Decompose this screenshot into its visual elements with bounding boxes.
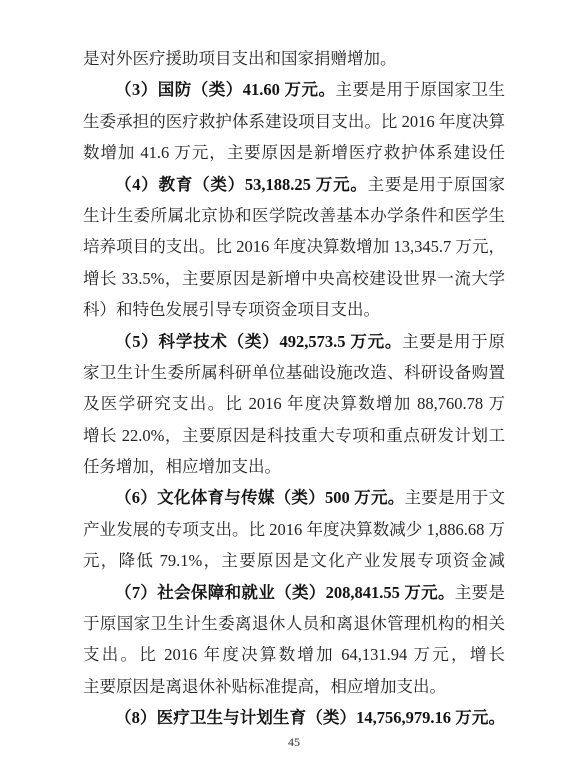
paragraph-text: 培养项目的支出。比 2016 年度决算数增加 13,345.7 万元，: [83, 237, 505, 256]
paragraph-text: 产业发展的专项支出。比 2016 年度决算数减少 1,886.68 万: [83, 520, 505, 539]
text-line: 生委承担的医疗救护体系建设项目支出。比 2016 年度决算: [83, 106, 505, 137]
paragraph-text: 主要原因是离退休补贴标准提高，相应增加支出。: [83, 677, 446, 696]
paragraph-lead: （7）社会保障和就业（类）208,841.55 万元。: [115, 583, 455, 602]
text-line: 科）和特色发展引导专项资金项目支出。: [83, 294, 505, 325]
text-line: 支出。比 2016 年度决算数增加 64,131.94 万元，增长 44.3%，: [83, 639, 505, 670]
paragraph-text: 增长 22.0%，主要原因是科技重大专项和重点研发计划工作: [83, 426, 505, 451]
text-line: 元，降低 79.1%，主要原因是文化产业发展专项资金减少。: [83, 545, 505, 576]
document-text-block: 是对外医疗援助项目支出和国家捐赠增加。 （3）国防（类）41.60 万元。主要是…: [83, 43, 505, 734]
text-line: （5）科学技术（类）492,573.5 万元。主要是用于原国: [83, 326, 505, 357]
paragraph-text: 于原国家卫生计生委离退休人员和离退休管理机构的相关: [83, 614, 505, 633]
text-line: 数增加 41.6 万元，主要原因是新增医疗救护体系建设任务。: [83, 137, 505, 168]
paragraph-lead: （5）科学技术（类）492,573.5 万元。: [115, 332, 402, 351]
text-line: 增长 22.0%，主要原因是科技重大专项和重点研发计划工作: [83, 420, 505, 451]
text-line: 于原国家卫生计生委离退休人员和离退休管理机构的相关: [83, 608, 505, 639]
text-line: 生计生委所属北京协和医学院改善基本办学条件和医学生: [83, 200, 505, 231]
paragraph-lead: （3）国防（类）41.60 万元。: [115, 80, 336, 99]
paragraph-text: 是对外医疗援助项目支出和国家捐赠增加。: [83, 49, 397, 68]
paragraph-text: 支出。比 2016 年度决算数增加 64,131.94 万元，增长 44.3%，: [83, 645, 505, 670]
text-line: 任务增加，相应增加支出。: [83, 451, 505, 482]
text-line: 增长 33.5%，主要原因是新增中央高校建设世界一流大学（学: [83, 263, 505, 294]
text-line: 家卫生计生委所属科研单位基础设施改造、科研设备购置以: [83, 357, 505, 388]
paragraph-text: 元，降低 79.1%，主要原因是文化产业发展专项资金减少。: [83, 551, 505, 576]
paragraph-lead: （4）教育（类）53,188.25 万元。: [115, 175, 368, 194]
document-page: 是对外医疗援助项目支出和国家捐赠增加。 （3）国防（类）41.60 万元。主要是…: [0, 0, 587, 761]
text-line: （8）医疗卫生与计划生育（类）14,756,979.16 万元。: [83, 702, 505, 733]
text-line: 及医学研究支出。比 2016 年度决算数增加 88,760.78 万元，: [83, 388, 505, 419]
text-line: （6）文化体育与传媒（类）500 万元。主要是用于文化: [83, 482, 505, 513]
text-line: 主要原因是离退休补贴标准提高，相应增加支出。: [83, 671, 505, 702]
paragraph-text: 数增加 41.6 万元，主要原因是新增医疗救护体系建设任务。: [83, 143, 505, 168]
paragraph-lead: （8）医疗卫生与计划生育（类）14,756,979.16 万元。: [115, 708, 505, 727]
page-number: 45: [83, 735, 505, 749]
text-line: （4）教育（类）53,188.25 万元。主要是用于原国家卫: [83, 169, 505, 200]
text-line: （3）国防（类）41.60 万元。主要是用于原国家卫生计: [83, 74, 505, 105]
paragraph-text: 任务增加，相应增加支出。: [83, 457, 281, 476]
text-line: （7）社会保障和就业（类）208,841.55 万元。主要是用: [83, 577, 505, 608]
paragraph-lead: （6）文化体育与传媒（类）500 万元。: [115, 488, 405, 507]
text-line: 培养项目的支出。比 2016 年度决算数增加 13,345.7 万元，: [83, 231, 505, 262]
paragraph-text: 家卫生计生委所属科研单位基础设施改造、科研设备购置以: [83, 363, 505, 388]
text-line: 是对外医疗援助项目支出和国家捐赠增加。: [83, 43, 505, 74]
paragraph-text: 生委承担的医疗救护体系建设项目支出。比 2016 年度决算: [83, 112, 505, 131]
text-line: 产业发展的专项支出。比 2016 年度决算数减少 1,886.68 万: [83, 514, 505, 545]
paragraph-text: 生计生委所属北京协和医学院改善基本办学条件和医学生: [83, 206, 505, 225]
paragraph-text: 科）和特色发展引导专项资金项目支出。: [83, 300, 380, 319]
paragraph-text: 及医学研究支出。比 2016 年度决算数增加 88,760.78 万元，: [83, 394, 505, 419]
paragraph-text: 增长 33.5%，主要原因是新增中央高校建设世界一流大学（学: [83, 269, 505, 294]
